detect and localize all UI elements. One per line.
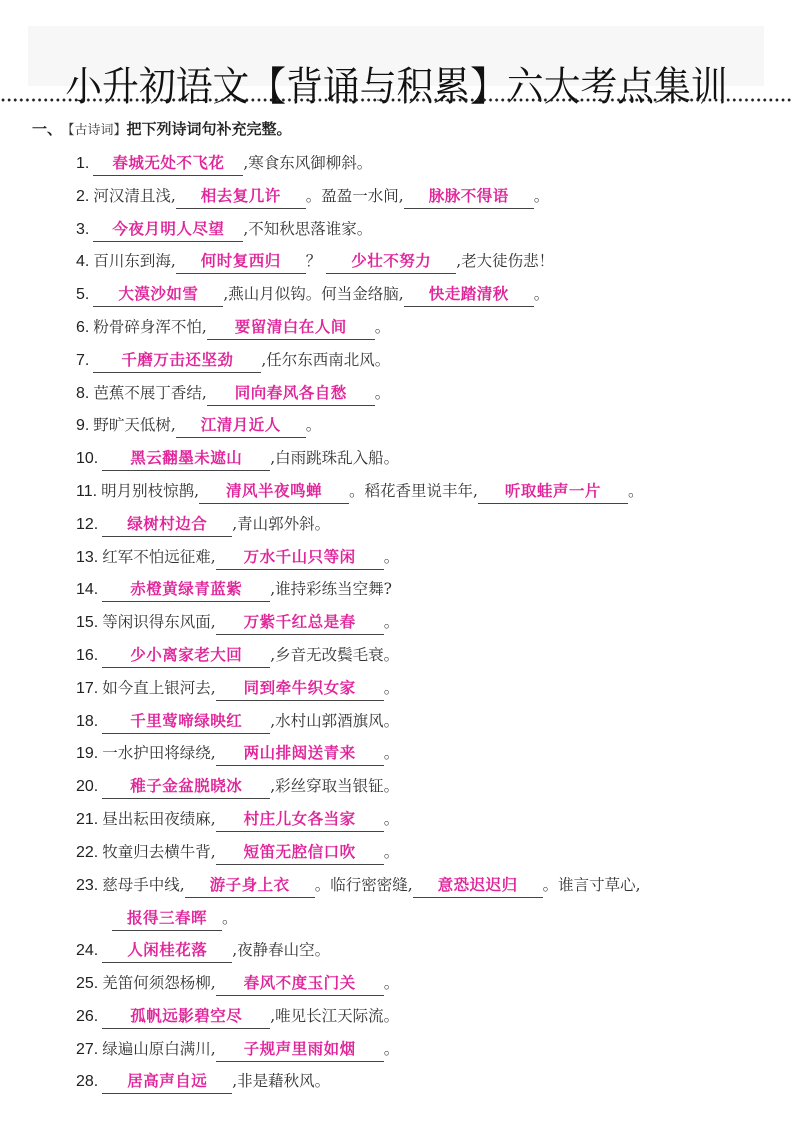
answer-text: 游子身上衣: [210, 876, 290, 894]
answer-blank[interactable]: 人闲桂花落: [102, 938, 232, 963]
answer-text: 大漠沙如雪: [118, 285, 198, 303]
verse-text: ,燕山月似钩。何当金络脑,: [223, 285, 403, 303]
section-number: 一、: [32, 120, 62, 138]
verse-text: ,青山郭外斜。: [232, 515, 330, 533]
answer-blank[interactable]: 清风半夜鸣蝉: [199, 479, 349, 504]
verse-text: 。: [628, 482, 644, 500]
question-number: 26.: [76, 1004, 98, 1030]
dotted-divider: [0, 98, 793, 102]
verse-text: 。: [384, 843, 400, 861]
question-item: 27.绿遍山原白满川,子规声里雨如烟。: [76, 1036, 776, 1069]
answer-text: 少壮不努力: [351, 252, 431, 270]
verse-text: ,彩丝穿取当银钲。: [270, 777, 399, 795]
answer-blank[interactable]: 今夜月明人尽望: [93, 217, 243, 242]
verse-text: ,唯见长江天际流。: [270, 1007, 399, 1025]
question-number: 16.: [76, 643, 98, 669]
answer-blank[interactable]: 要留清白在人间: [207, 315, 375, 340]
question-item: 25.羌笛何须怨杨柳,春风不度玉门关。: [76, 970, 776, 1003]
question-item: 15.等闲识得东风面,万紫千红总是春。: [76, 609, 776, 642]
answer-text: 脉脉不得语: [429, 187, 509, 205]
question-number: 4.: [76, 249, 89, 275]
question-number: 5.: [76, 282, 89, 308]
question-number: 19.: [76, 741, 98, 767]
answer-blank[interactable]: 两山排闼送青来: [216, 741, 384, 766]
question-list: 1.春城无处不飞花,寒食东风御柳斜。2.河汉清且浅,相去复几许。盈盈一水间,脉脉…: [76, 150, 776, 1101]
question-number: 9.: [76, 413, 89, 439]
verse-text: 等闲识得东风面,: [102, 613, 215, 631]
answer-text: 千里莺啼绿映红: [130, 712, 242, 730]
verse-text: 。: [384, 1040, 400, 1058]
verse-text: 。: [384, 679, 400, 697]
answer-blank[interactable]: 意恐迟迟归: [413, 873, 543, 898]
verse-text: 红军不怕远征难,: [102, 548, 215, 566]
question-number: 10.: [76, 446, 98, 472]
verse-text: 。: [384, 613, 400, 631]
answer-blank[interactable]: 报得三春晖: [112, 906, 222, 931]
verse-text: 。: [384, 744, 400, 762]
answer-blank[interactable]: 千磨万击还坚劲: [93, 348, 261, 373]
answer-blank[interactable]: 春城无处不飞花: [93, 151, 243, 176]
answer-text: 万紫千红总是春: [244, 613, 356, 631]
answer-blank[interactable]: 稚子金盆脱晓冰: [102, 774, 270, 799]
question-number: 12.: [76, 512, 98, 538]
question-item: 8.芭蕉不展丁香结,同向春风各自愁。: [76, 380, 776, 413]
question-number: 14.: [76, 577, 98, 603]
question-number: 1.: [76, 151, 89, 177]
verse-text: ,谁持彩练当空舞?: [270, 580, 392, 598]
answer-text: 清风半夜鸣蝉: [226, 482, 322, 500]
verse-text: 。: [384, 810, 400, 828]
question-item: 22.牧童归去横牛背,短笛无腔信口吹。: [76, 839, 776, 872]
verse-text: 。: [384, 548, 400, 566]
question-item: 11.明月别枝惊鹊,清风半夜鸣蝉。稻花香里说丰年,听取蛙声一片。: [76, 478, 776, 511]
answer-blank[interactable]: 村庄儿女各当家: [216, 807, 384, 832]
answer-text: 少小离家老大回: [130, 646, 242, 664]
answer-blank[interactable]: 快走踏清秋: [404, 282, 534, 307]
question-item: 23.慈母手中线,游子身上衣。临行密密缝,意恐迟迟归。谁言寸草心,报得三春晖。: [76, 872, 776, 938]
verse-text: ,非是藉秋风。: [232, 1072, 330, 1090]
answer-text: 居高声自远: [127, 1072, 207, 1090]
answer-text: 何时复西归: [201, 252, 281, 270]
answer-text: 赤橙黄绿青蓝紫: [130, 580, 242, 598]
answer-blank[interactable]: 何时复西归: [176, 249, 306, 274]
question-number: 20.: [76, 774, 98, 800]
verse-text: 。盈盈一水间,: [306, 187, 404, 205]
question-item: 12.绿树村边合,青山郭外斜。: [76, 511, 776, 544]
verse-text: 。: [306, 416, 322, 434]
question-item: 3.今夜月明人尽望,不知秋思落谁家。: [76, 216, 776, 249]
question-number: 24.: [76, 938, 98, 964]
question-continuation: 报得三春晖。: [112, 905, 776, 931]
answer-blank[interactable]: 赤橙黄绿青蓝紫: [102, 577, 270, 602]
question-number: 28.: [76, 1069, 98, 1095]
question-item: 6.粉骨碎身浑不怕,要留清白在人间。: [76, 314, 776, 347]
question-number: 15.: [76, 610, 98, 636]
answer-blank[interactable]: 千里莺啼绿映红: [102, 709, 270, 734]
answer-text: 意恐迟迟归: [438, 876, 518, 894]
answer-blank[interactable]: 短笛无腔信口吹: [216, 840, 384, 865]
verse-text: 明月别枝惊鹊,: [101, 482, 199, 500]
answer-blank[interactable]: 同到牵牛织女家: [216, 676, 384, 701]
verse-text: 。稻花香里说丰年,: [349, 482, 478, 500]
answer-blank[interactable]: 孤帆远影碧空尽: [102, 1004, 270, 1029]
question-number: 21.: [76, 807, 98, 833]
question-item: 5.大漠沙如雪,燕山月似钩。何当金络脑,快走踏清秋。: [76, 281, 776, 314]
question-item: 19.一水护田将绿绕,两山排闼送青来。: [76, 740, 776, 773]
answer-blank[interactable]: 万紫千红总是春: [216, 610, 384, 635]
answer-text: 千磨万击还坚劲: [121, 351, 233, 369]
answer-text: 同到牵牛织女家: [244, 679, 356, 697]
question-item: 13.红军不怕远征难,万水千山只等闲。: [76, 544, 776, 577]
section-instruction: 把下列诗词句补充完整。: [127, 120, 292, 138]
question-number: 27.: [76, 1037, 98, 1063]
verse-text: 。: [375, 384, 391, 402]
question-item: 26.孤帆远影碧空尽,唯见长江天际流。: [76, 1003, 776, 1036]
answer-blank[interactable]: 江清月近人: [176, 413, 306, 438]
answer-text: 报得三春晖: [127, 909, 207, 927]
verse-text: 慈母手中线,: [102, 876, 184, 894]
answer-blank[interactable]: 万水千山只等闲: [216, 545, 384, 570]
answer-blank[interactable]: 居高声自远: [102, 1069, 232, 1094]
answer-text: 要留清白在人间: [235, 318, 347, 336]
verse-text: 百川东到海,: [93, 252, 175, 270]
verse-text: 。临行密密缝,: [315, 876, 413, 894]
verse-text: 如今直上银河去,: [102, 679, 215, 697]
answer-blank[interactable]: 黑云翻墨未遮山: [102, 446, 270, 471]
question-number: 25.: [76, 971, 98, 997]
answer-text: 黑云翻墨未遮山: [130, 449, 242, 467]
verse-text: ,水村山郭酒旗风。: [270, 712, 399, 730]
question-item: 21.昼出耘田夜绩麻,村庄儿女各当家。: [76, 806, 776, 839]
answer-text: 今夜月明人尽望: [112, 220, 224, 238]
answer-blank[interactable]: 同向春风各自愁: [207, 381, 375, 406]
question-item: 20.稚子金盆脱晓冰,彩丝穿取当银钲。: [76, 773, 776, 806]
answer-text: 同向春风各自愁: [235, 384, 347, 402]
question-number: 7.: [76, 348, 89, 374]
answer-blank[interactable]: 游子身上衣: [185, 873, 315, 898]
answer-text: 稚子金盆脱晓冰: [130, 777, 242, 795]
verse-text: 牧童归去横牛背,: [102, 843, 215, 861]
verse-text: 。: [534, 187, 550, 205]
answer-blank[interactable]: 听取蛙声一片: [478, 479, 628, 504]
answer-text: 快走踏清秋: [429, 285, 509, 303]
answer-text: 万水千山只等闲: [244, 548, 356, 566]
answer-text: 听取蛙声一片: [505, 482, 601, 500]
question-number: 22.: [76, 840, 98, 866]
question-item: 2.河汉清且浅,相去复几许。盈盈一水间,脉脉不得语。: [76, 183, 776, 216]
question-item: 4.百川东到海,何时复西归？ 少壮不努力,老大徒伤悲！: [76, 248, 776, 281]
answer-text: 绿树村边合: [127, 515, 207, 533]
page-title: 小升初语文【背诵与积累】六大考点集训: [32, 61, 762, 113]
verse-text: ,乡音无改鬓毛衰。: [270, 646, 399, 664]
answer-blank[interactable]: 脉脉不得语: [404, 184, 534, 209]
question-number: 11.: [76, 479, 97, 505]
question-item: 28.居高声自远,非是藉秋风。: [76, 1068, 776, 1101]
answer-text: 春风不度玉门关: [244, 974, 356, 992]
question-item: 1.春城无处不飞花,寒食东风御柳斜。: [76, 150, 776, 183]
verse-text: 绿遍山原白满川,: [102, 1040, 215, 1058]
verse-text: 河汉清且浅,: [93, 187, 175, 205]
question-item: 17.如今直上银河去,同到牵牛织女家。: [76, 675, 776, 708]
verse-text: ,白雨跳珠乱入船。: [270, 449, 399, 467]
answer-text: 短笛无腔信口吹: [244, 843, 356, 861]
verse-text: 昼出耘田夜绩麻,: [102, 810, 215, 828]
answer-text: 村庄儿女各当家: [244, 810, 356, 828]
question-number: 23.: [76, 873, 98, 899]
verse-text: 。: [534, 285, 550, 303]
verse-text: 。: [384, 974, 400, 992]
answer-blank[interactable]: 绿树村边合: [102, 512, 232, 537]
question-number: 17.: [76, 676, 98, 702]
answer-blank[interactable]: 少小离家老大回: [102, 643, 270, 668]
question-item: 18.千里莺啼绿映红,水村山郭酒旗风。: [76, 708, 776, 741]
verse-text: 一水护田将绿绕,: [102, 744, 215, 762]
verse-text: 。: [375, 318, 391, 336]
answer-text: 春城无处不飞花: [112, 154, 224, 172]
verse-text: ,寒食东风御柳斜。: [243, 154, 372, 172]
question-item: 14.赤橙黄绿青蓝紫,谁持彩练当空舞?: [76, 576, 776, 609]
verse-text: ？: [306, 252, 326, 270]
verse-text: ,老大徒伤悲！: [456, 252, 554, 270]
verse-text: ,不知秋思落谁家。: [243, 220, 372, 238]
question-number: 6.: [76, 315, 89, 341]
answer-text: 江清月近人: [201, 416, 281, 434]
verse-text: 羌笛何须怨杨柳,: [102, 974, 215, 992]
verse-text: 。谁言寸草心,: [543, 876, 641, 894]
verse-text: ,任尔东西南北风。: [261, 351, 390, 369]
question-number: 3.: [76, 217, 89, 243]
verse-text: ,夜静春山空。: [232, 941, 330, 959]
question-item: 9.野旷天低树,江清月近人。: [76, 412, 776, 445]
answer-text: 孤帆远影碧空尽: [130, 1007, 242, 1025]
answer-blank[interactable]: 子规声里雨如烟: [216, 1037, 384, 1062]
answer-text: 两山排闼送青来: [244, 744, 356, 762]
answer-blank[interactable]: 春风不度玉门关: [216, 971, 384, 996]
question-item: 7.千磨万击还坚劲,任尔东西南北风。: [76, 347, 776, 380]
question-number: 18.: [76, 709, 98, 735]
verse-text: 粉骨碎身浑不怕,: [93, 318, 206, 336]
answer-blank[interactable]: 少壮不努力: [326, 249, 456, 274]
question-item: 10.黑云翻墨未遮山,白雨跳珠乱入船。: [76, 445, 776, 478]
answer-text: 相去复几许: [201, 187, 281, 205]
answer-text: 人闲桂花落: [127, 941, 207, 959]
section-tag: 【古诗词】: [68, 123, 127, 138]
section-heading: 一、【古诗词】把下列诗词句补充完整。: [32, 119, 292, 141]
verse-text: 芭蕉不展丁香结,: [93, 384, 206, 402]
question-item: 16.少小离家老大回,乡音无改鬓毛衰。: [76, 642, 776, 675]
verse-text: 野旷天低树,: [93, 416, 175, 434]
answer-blank[interactable]: 相去复几许: [176, 184, 306, 209]
verse-text: 。: [222, 909, 238, 927]
answer-text: 子规声里雨如烟: [244, 1040, 356, 1058]
answer-blank[interactable]: 大漠沙如雪: [93, 282, 223, 307]
question-number: 8.: [76, 381, 89, 407]
question-number: 2.: [76, 184, 89, 210]
question-number: 13.: [76, 545, 98, 571]
question-item: 24.人闲桂花落,夜静春山空。: [76, 937, 776, 970]
